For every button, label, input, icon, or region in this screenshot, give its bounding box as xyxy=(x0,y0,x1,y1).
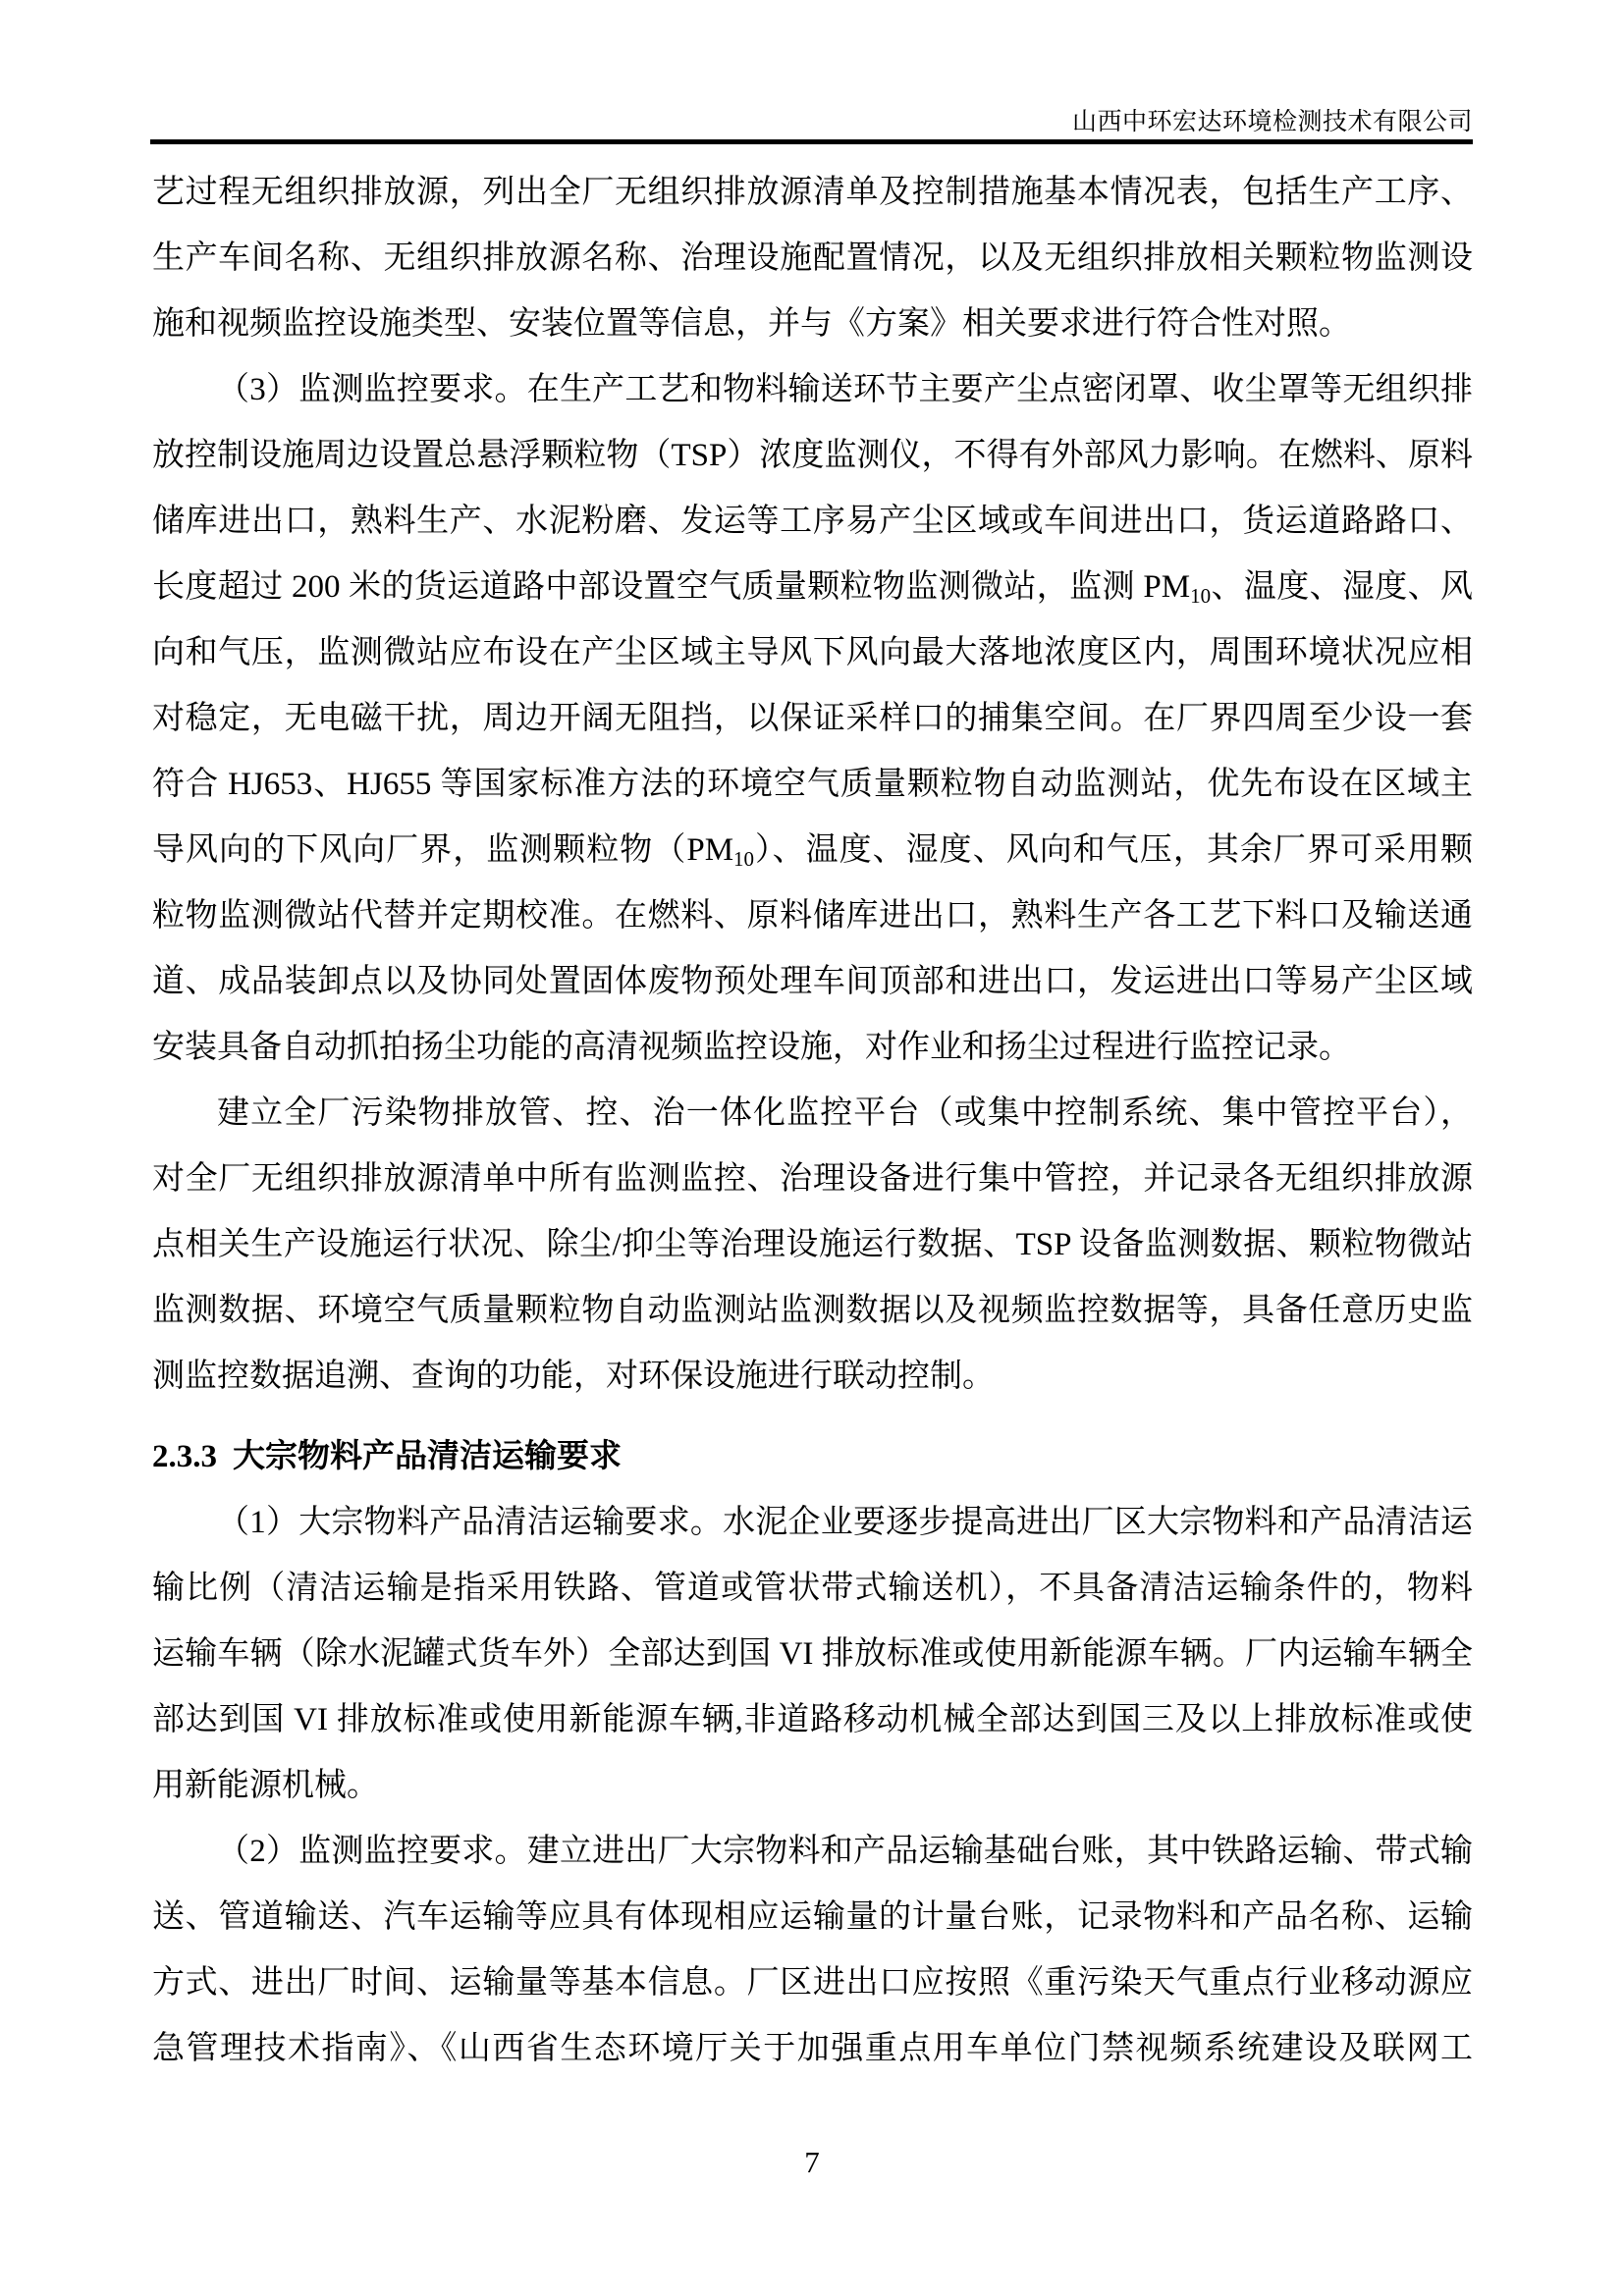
body-line: 对全厂无组织排放源清单中所有监测监控、治理设备进行集中管控，并记录各无组织排放源 xyxy=(152,1147,1473,1212)
body-line: 建立全厂污染物排放管、控、治一体化监控平台（或集中控制系统、集中管控平台）， xyxy=(152,1081,1473,1147)
body-line: 储库进出口，熟料生产、水泥粉磨、发运等工序易产尘区域或车间进出口，货运道路路口、 xyxy=(152,489,1473,555)
body-line: 艺过程无组织排放源，列出全厂无组织排放源清单及控制措施基本情况表，包括生产工序、 xyxy=(152,160,1473,226)
body-line: （1）大宗物料产品清洁运输要求。水泥企业要逐步提高进出厂区大宗物料和产品清洁运 xyxy=(152,1490,1473,1556)
body-line: 测监控数据追溯、查询的功能，对环保设施进行联动控制。 xyxy=(152,1344,1473,1410)
body-line: 方式、进出厂时间、运输量等基本信息。厂区进出口应按照《重污染天气重点行业移动源应 xyxy=(152,1950,1473,2016)
body-line-text: 、温度、湿度、风 xyxy=(1211,569,1473,605)
body-line: 施和视频监控设施类型、安装位置等信息，并与《方案》相关要求进行符合性对照。 xyxy=(152,292,1473,357)
body-line: 点相关生产设施运行状况、除尘/抑尘等治理设施运行数据、TSP 设备监测数据、颗粒… xyxy=(152,1212,1473,1278)
pm10-subscript: 10 xyxy=(733,847,754,871)
body-line: 生产车间名称、无组织排放源名称、治理设施配置情况，以及无组织排放相关颗粒物监测设 xyxy=(152,226,1473,292)
section-title: 大宗物料产品清洁运输要求 xyxy=(233,1439,622,1474)
body-line: 部达到国 VI 排放标准或使用新能源车辆,非道路移动机械全部达到国三及以上排放标… xyxy=(152,1687,1473,1753)
body-line-text: 导风向的下风向厂界，监测颗粒物（PM xyxy=(152,832,733,868)
section-heading: 2.3.3大宗物料产品清洁运输要求 xyxy=(152,1424,1473,1490)
body-line-text: 长度超过 200 米的货运道路中部设置空气质量颗粒物监测微站，监测 PM xyxy=(152,569,1190,605)
page-number: 7 xyxy=(0,2145,1624,2180)
document-body: 艺过程无组织排放源，列出全厂无组织排放源清单及控制措施基本情况表，包括生产工序、… xyxy=(152,160,1473,2082)
body-line: 监测数据、环境空气质量颗粒物自动监测站监测数据以及视频监控数据等，具备任意历史监 xyxy=(152,1278,1473,1344)
header-rule xyxy=(150,139,1473,144)
body-line: 送、管道输送、汽车运输等应具有体现相应运输量的计量台账，记录物料和产品名称、运输 xyxy=(152,1885,1473,1950)
body-line-text: ）、温度、湿度、风向和气压，其余厂界可采用颗 xyxy=(754,832,1473,868)
body-line: （3）监测监控要求。在生产工艺和物料输送环节主要产尘点密闭罩、收尘罩等无组织排 xyxy=(152,357,1473,423)
body-line: 急管理技术指南》、《山西省生态环境厅关于加强重点用车单位门禁视频系统建设及联网工 xyxy=(152,2016,1473,2082)
pm10-subscript: 10 xyxy=(1190,584,1211,608)
body-line: 用新能源机械。 xyxy=(152,1753,1473,1819)
body-line: 粒物监测微站代替并定期校准。在燃料、原料储库进出口，熟料生产各工艺下料口及输送通 xyxy=(152,883,1473,949)
body-line: 放控制设施周边设置总悬浮颗粒物（TSP）浓度监测仪，不得有外部风力影响。在燃料、… xyxy=(152,423,1473,489)
body-line: 运输车辆（除水泥罐式货车外）全部达到国 VI 排放标准或使用新能源车辆。厂内运输… xyxy=(152,1622,1473,1687)
body-line: （2）监测监控要求。建立进出厂大宗物料和产品运输基础台账，其中铁路运输、带式输 xyxy=(152,1819,1473,1885)
document-page: 山西中环宏达环境检测技术有限公司 艺过程无组织排放源，列出全厂无组织排放源清单及… xyxy=(0,0,1624,2296)
body-line: 长度超过 200 米的货运道路中部设置空气质量颗粒物监测微站，监测 PM10、温… xyxy=(152,555,1473,620)
body-line: 输比例（清洁运输是指采用铁路、管道或管状带式输送机），不具备清洁运输条件的，物料 xyxy=(152,1556,1473,1622)
header-company-name: 山西中环宏达环境检测技术有限公司 xyxy=(1072,102,1473,137)
section-number: 2.3.3 xyxy=(152,1439,217,1474)
body-line: 符合 HJ653、HJ655 等国家标准方法的环境空气质量颗粒物自动监测站，优先… xyxy=(152,752,1473,818)
body-line: 安装具备自动抓拍扬尘功能的高清视频监控设施，对作业和扬尘过程进行监控记录。 xyxy=(152,1015,1473,1081)
body-line: 向和气压，监测微站应布设在产尘区域主导风下风向最大落地浓度区内，周围环境状况应相 xyxy=(152,620,1473,686)
body-line: 导风向的下风向厂界，监测颗粒物（PM10）、温度、湿度、风向和气压，其余厂界可采… xyxy=(152,818,1473,883)
body-line: 对稳定，无电磁干扰，周边开阔无阻挡，以保证采样口的捕集空间。在厂界四周至少设一套 xyxy=(152,686,1473,752)
body-line: 道、成品装卸点以及协同处置固体废物预处理车间顶部和进出口，发运进出口等易产尘区域 xyxy=(152,949,1473,1015)
